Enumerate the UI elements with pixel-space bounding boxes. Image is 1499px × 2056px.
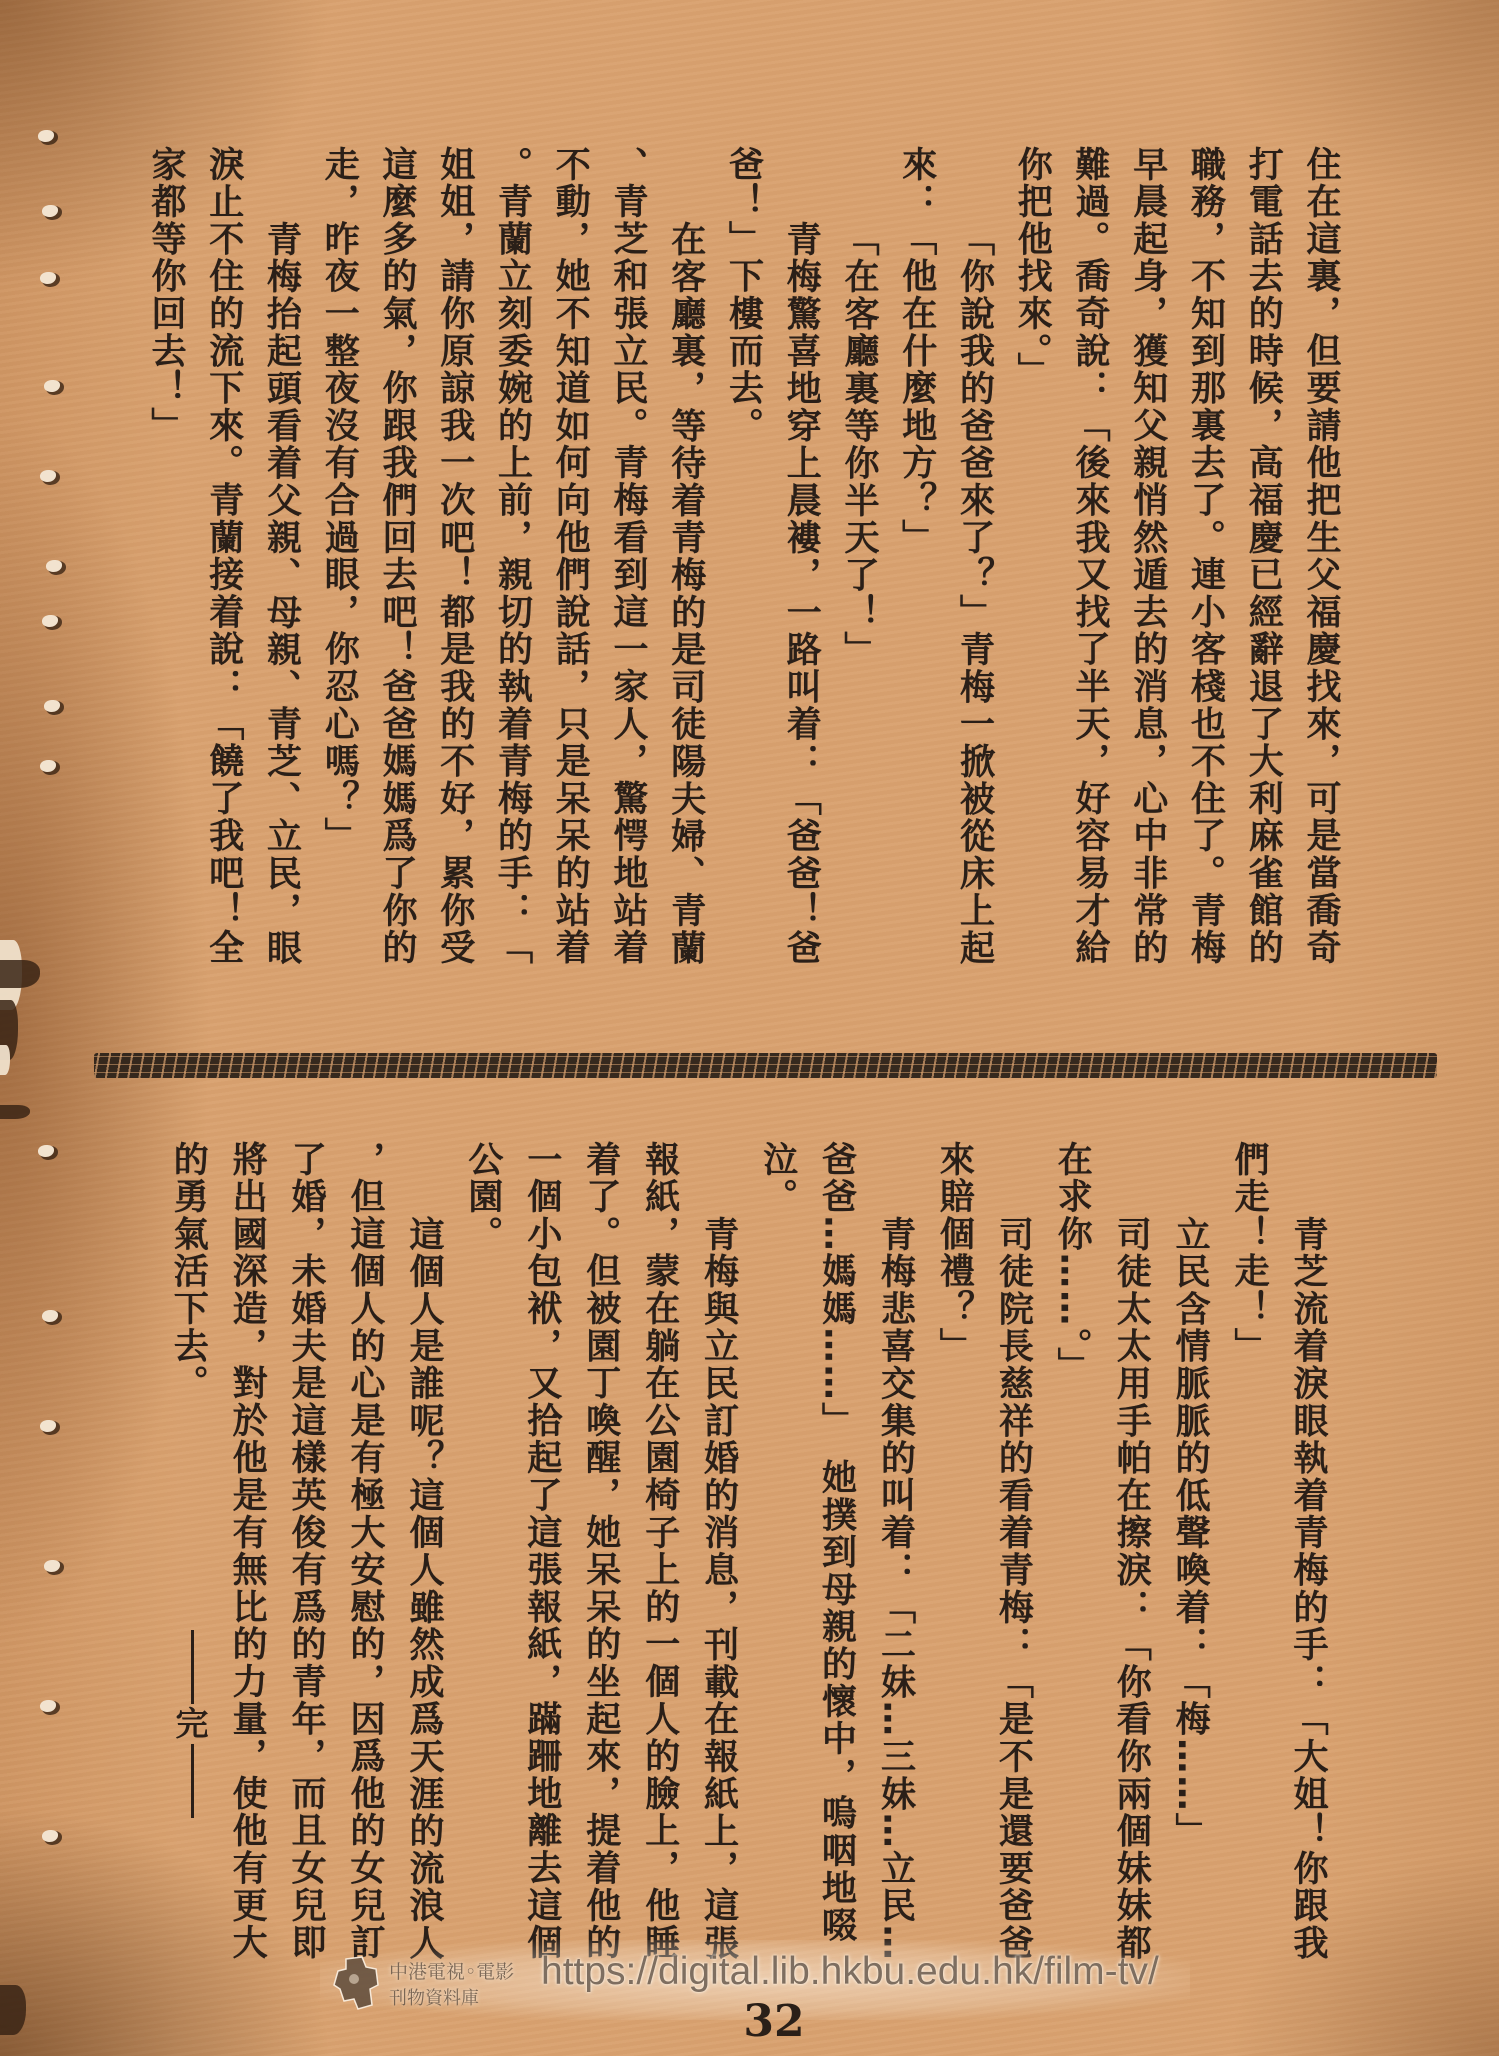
text-column: 「在客廳裏等你半天了！」 [829,146,887,978]
binding-hole [40,1420,56,1432]
text-column: 青梅悲喜交集的叫着：「二妹…三妹…立民… [866,1141,925,1973]
text-column: 你把他找來。」 [1003,146,1061,978]
text-column: 在客廳裏，等待着青梅的是司徒陽夫婦、青蘭 [656,146,714,978]
text-column: 了婚，未婚夫是這樣英俊有爲的青年，而且女兒即 [276,1141,335,1973]
text-column: 報紙，蒙在躺在公園椅子上的一個人的臉上，他睡 [630,1141,689,1973]
text-column: 難過。喬奇說：「後來我又找了半天，好容易才給 [1060,146,1118,978]
text-column: 在求你……。」 [1042,1141,1101,1973]
text-column: 「你說我的爸爸來了？」青梅一掀被從床上起 [945,146,1003,978]
torn-edge [0,1985,26,2035]
binding-hole [40,470,56,482]
binding-hole [44,1560,60,1572]
text-column: 爸爸…媽媽……」 她撲到母親的懷中，嗚咽地啜 [807,1141,866,1973]
text-column: 青梅與立民訂婚的消息，刊載在報紙上，這張 [689,1141,748,1973]
text-column: 不動，她不知道如何向他們說話，只是呆呆的站着 [541,146,599,978]
binding-hole [38,130,54,142]
dash-line [191,1630,194,1704]
text-column: 們走！走！」 [1219,1141,1278,1973]
text-column: 早晨起身，獲知父親悄然遁去的消息，心中非常的 [1118,146,1176,978]
text-column: 青梅驚喜地穿上晨褸，一路叫着：「爸爸！爸 [772,146,830,978]
text-column: 着了。但被園丁喚醒，她呆呆的坐起來，提着他的 [571,1141,630,1973]
binding-hole [38,1145,54,1157]
binding-hole [44,380,60,392]
binding-hole [40,1700,56,1712]
torn-edge [0,1105,30,1119]
text-column: 將出國深造，對於他是有無比的力量，使他有更大 [217,1141,276,1973]
binding-hole [42,615,58,627]
text-column: 姐姐，請你原諒我一次吧！都是我的不好，累你受 [425,146,483,978]
text-column: 職務，不知到那裏去了。連小客棧也不住了。青梅 [1176,146,1234,978]
dash-line [191,1744,194,1818]
text-column: 泣。 [748,1141,807,1973]
binding-hole [42,205,58,217]
upper-text-block: 住在這裏，但要請他把生父福慶找來，可是當喬奇 打電話去的時候，高福慶已經辭退了大… [136,146,1349,978]
text-column: 、青芝和張立民。青梅看到這一家人，驚愕地站着 [598,146,656,978]
archive-name-line1: 中港電視◦電影 [389,1957,514,1984]
end-mark: 完 [174,1630,210,1818]
text-column: 青梅抬起頭看着父親、母親、青芝、立民，眼 [252,146,310,978]
binding-hole [40,760,56,772]
text-column: 青芝流着淚眼執着青梅的手：「大姐！你跟我 [1278,1141,1337,1973]
text-column: 住在這裏，但要請他把生父福慶找來，可是當喬奇 [1291,146,1349,978]
text-column: 這個人是誰呢？這個人雖然成爲天涯的流浪人 [394,1141,453,1973]
end-mark-label: 完 [176,1706,209,1742]
text-column: 立民含情脈脈的低聲喚着：「梅……」 [1160,1141,1219,1973]
lower-text-block: 青芝流着淚眼執着青梅的手：「大姐！你跟我 們走！走！」 立民含情脈脈的低聲喚着：… [158,1141,1337,1973]
text-column: ，但這個人的心是有極大安慰的，因爲他的女兒訂 [335,1141,394,1973]
text-column: 爸！」下樓而去。 [714,146,772,978]
archive-logo-icon [332,1955,382,2011]
text-column: 來賠個禮？」 [924,1141,983,1973]
binding-hole [46,560,62,572]
binding-hole [44,700,60,712]
page-number: 32 [738,1996,810,2047]
text-column: 淚止不住的流下來。青蘭接着說：「饒了我吧！全 [194,146,252,978]
text-column: 司徒院長慈祥的看着青梅：「是不是還要爸爸 [983,1141,1042,1973]
ornamental-divider [94,1053,1437,1078]
text-column: 的勇氣活下去。 [158,1141,217,1973]
scanned-magazine-page: 住在這裏，但要請他把生父福慶找來，可是當喬奇 打電話去的時候，高福慶已經辭退了大… [0,0,1499,2056]
binding-hole [42,1830,58,1842]
text-column: 。青蘭立刻委婉的上前，親切的執着青梅的手：「 [483,146,541,978]
text-column: 司徒太太用手帕在擦淚：「你看你兩個妹妹都 [1101,1141,1160,1973]
text-column: 公園。 [453,1141,512,1973]
archive-url: https://digital.lib.hkbu.edu.hk/film-tv/ [541,1950,1159,1994]
text-column: 來：「他在什麼地方？」 [887,146,945,978]
text-column: 這麼多的氣，你跟我們回去吧！爸爸媽媽爲了你的 [367,146,425,978]
text-column: 走，昨夜一整夜沒有合過眼，你忍心嗎？」 [310,146,368,978]
text-column: 一個小包袱，又拾起了這張報紙，蹣跚地離去這個 [512,1141,571,1973]
archive-name-line2: 刊物資料庫 [389,1984,479,2010]
torn-edge [0,960,40,988]
text-column: 打電話去的時候，高福慶已經辭退了大利麻雀館的 [1234,146,1292,978]
torn-edge [0,1045,10,1075]
binding-hole [40,272,56,284]
text-column: 家都等你回去！」 [136,146,194,978]
binding-hole [42,1310,58,1322]
